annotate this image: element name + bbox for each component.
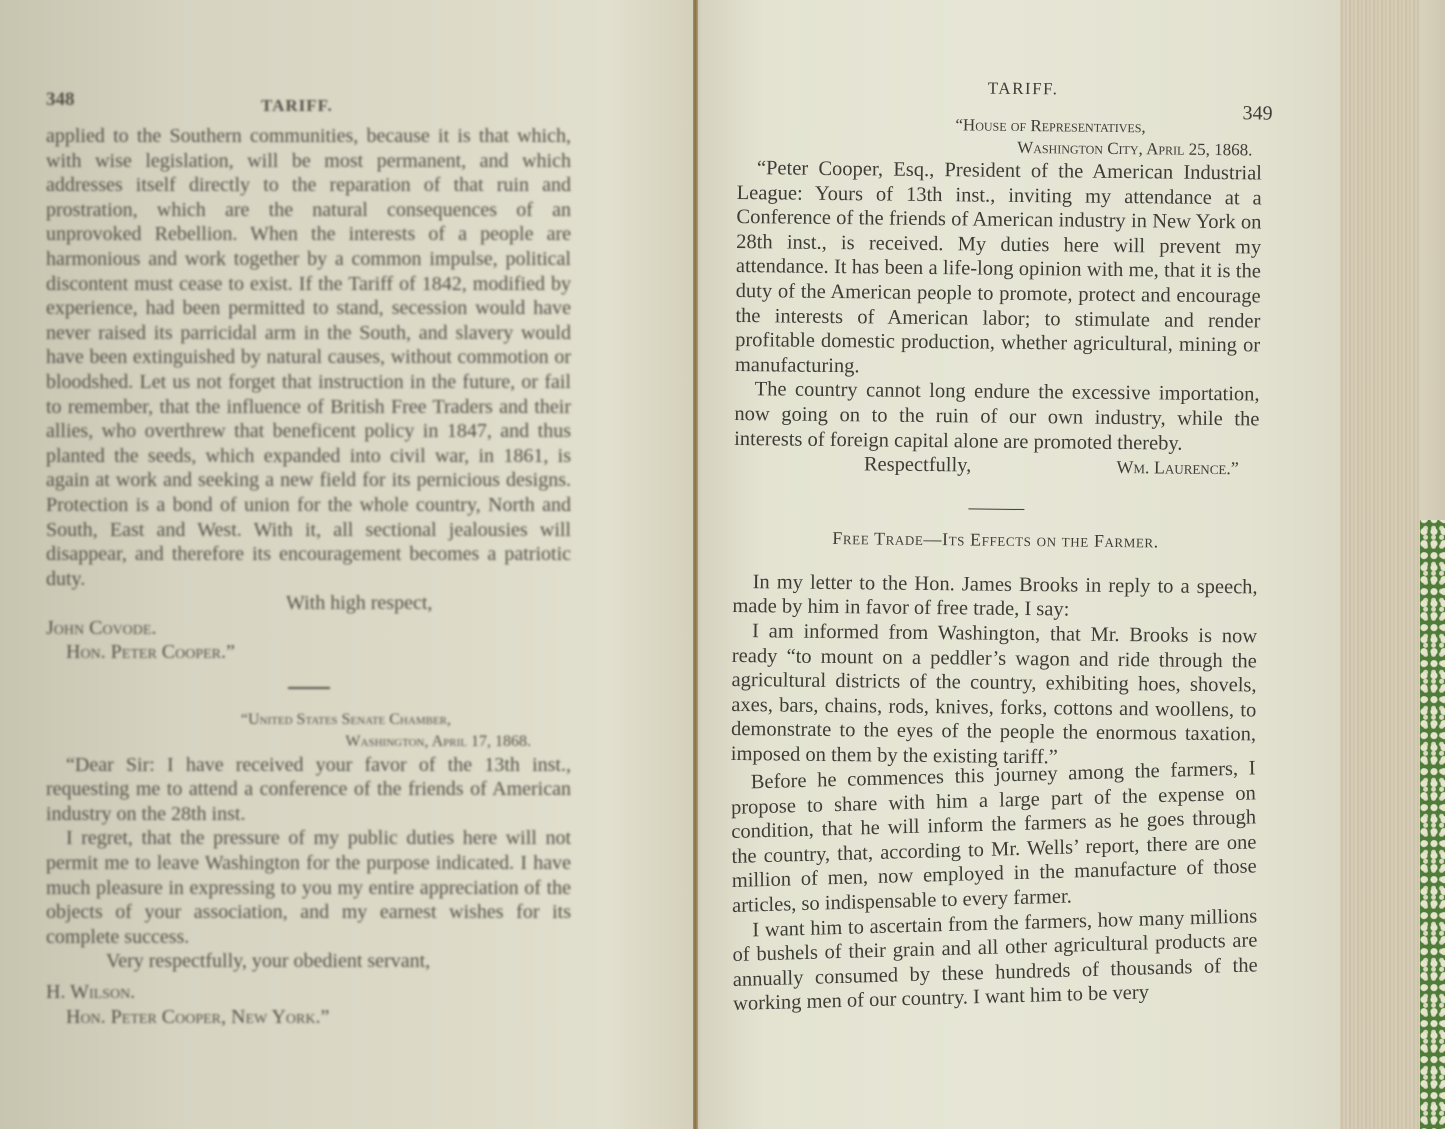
senate-letter-heading: “United States Senate Chamber, Washingto…: [46, 709, 571, 753]
senate-heading-line1: “United States Senate Chamber,: [46, 709, 571, 731]
section-para4: I want him to ascertain from the farmers…: [732, 903, 1258, 1016]
covode-closing: With high respect,: [46, 591, 571, 616]
cover-upper-pages: [1420, 0, 1445, 520]
book-gutter: [693, 0, 698, 1129]
left-page-text: 348 TARIFF. applied to the Southern comm…: [46, 88, 571, 1029]
laurence-letter-para1: “Peter Cooper, Esq., President of the Am…: [735, 156, 1262, 383]
covode-letter-body: applied to the Southern communities, bec…: [46, 124, 571, 591]
page-edges: [1340, 0, 1420, 1129]
covode-addressee: Hon. Peter Cooper.”: [46, 640, 571, 665]
senate-heading-line2: Washington, April 17, 1868.: [46, 731, 571, 753]
section-para2: I am informed from Washington, that Mr. …: [731, 619, 1258, 772]
laurence-closing: Respectfully,: [864, 452, 972, 478]
laurence-letter-para2: The country cannot long endure the exces…: [734, 377, 1260, 456]
page-number-right: 349: [1242, 101, 1272, 126]
right-page-text: TARIFF. 349 “House of Representatives, W…: [728, 70, 1263, 1022]
section-divider-right: [968, 508, 1024, 510]
page-number-left: 348: [46, 88, 75, 113]
section-title: Free Trade—Its Effects on the Farmer.: [733, 525, 1258, 555]
laurence-signature: Wm. Laurence.”: [1116, 455, 1239, 481]
section-para3: Before he commences this journey among t…: [731, 756, 1257, 918]
running-head-title-left: TARIFF.: [261, 94, 333, 119]
covode-signature: John Covode.: [46, 616, 571, 641]
running-head-title-right: TARIFF.: [988, 77, 1059, 102]
wilson-letter-para1: “Dear Sir: I have received your favor of…: [46, 753, 571, 827]
left-running-head: 348 TARIFF.: [46, 88, 571, 124]
house-letter-heading: “House of Representatives, Washington Ci…: [737, 112, 1262, 161]
laurence-signoff: Respectfully, Wm. Laurence.”: [734, 451, 1259, 481]
curved-lower-text: Before he commences this journey among t…: [731, 756, 1258, 1017]
wilson-closing: Very respectfully, your obedient servant…: [46, 949, 571, 974]
section-para1: In my letter to the Hon. James Brooks in…: [732, 570, 1257, 625]
wilson-letter-para2: I regret, that the pressure of my public…: [46, 826, 571, 949]
wilson-addressee: Hon. Peter Cooper, New York.”: [46, 1005, 571, 1030]
open-book: 348 TARIFF. applied to the Southern comm…: [0, 0, 1445, 1129]
wilson-signature: H. Wilson.: [46, 980, 571, 1005]
section-divider-left: [288, 687, 330, 689]
right-running-head: TARIFF. 349: [738, 70, 1263, 117]
